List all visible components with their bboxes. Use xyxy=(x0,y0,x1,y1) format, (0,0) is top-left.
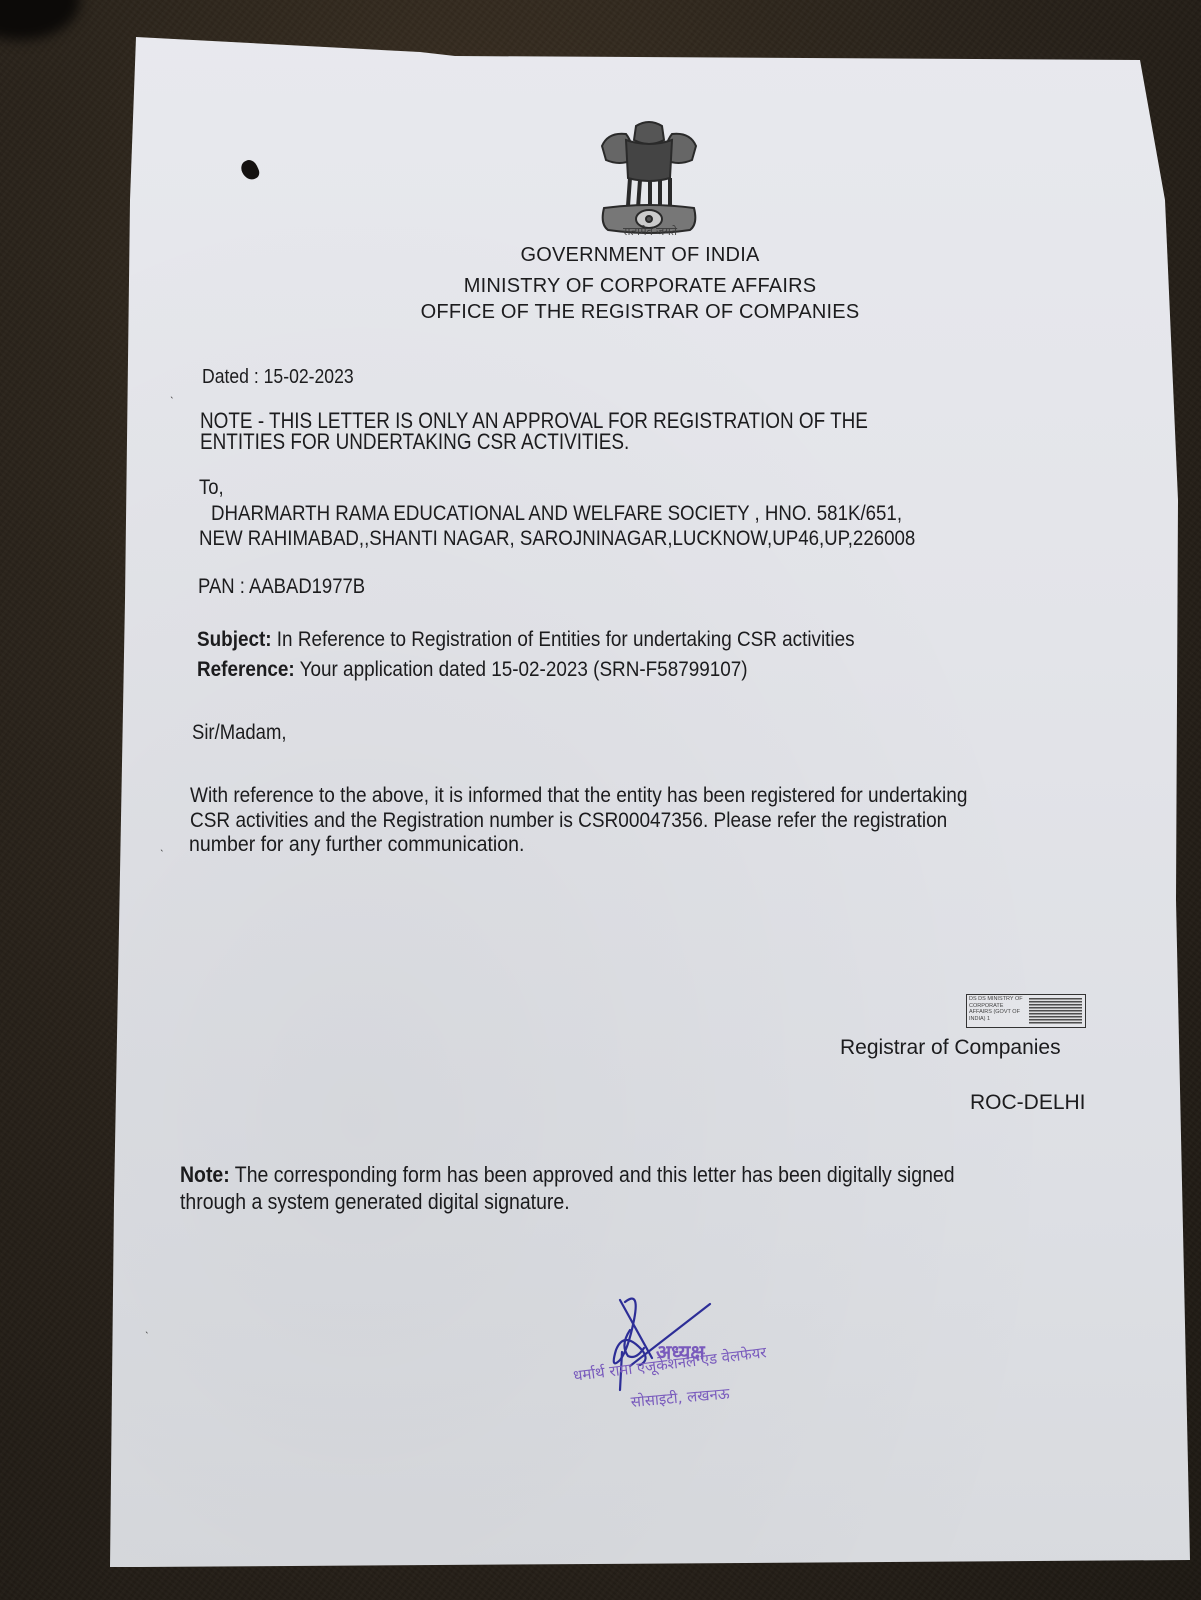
subject-line: Subject: In Reference to Registration of… xyxy=(197,628,855,652)
letterhead-office: OFFICE OF THE REGISTRAR OF COMPANIES xyxy=(0,301,1201,324)
approval-note-line1: NOTE - THIS LETTER IS ONLY AN APPROVAL F… xyxy=(200,408,868,434)
pan-number: PAN : AABAD1977B xyxy=(198,575,365,599)
national-emblem-icon xyxy=(594,118,704,240)
footer-note-label: Note: xyxy=(180,1162,230,1187)
address-line2: NEW RAHIMABAD,,SHANTI NAGAR, SAROJNINAGA… xyxy=(199,527,915,551)
reference-line: Reference: Your application dated 15-02-… xyxy=(197,658,748,682)
digital-signature-box: DS DS MINISTRY OF CORPORATE AFFAIRS (GOV… xyxy=(966,994,1086,1028)
body-line2: CSR activities and the Registration numb… xyxy=(190,808,947,833)
letterhead-government: GOVERNMENT OF INDIA xyxy=(0,244,1201,267)
signatory-designation: Registrar of Companies xyxy=(840,1036,1061,1060)
footer-note-line2: through a system generated digital signa… xyxy=(180,1189,570,1215)
body-line1: With reference to the above, it is infor… xyxy=(190,783,967,808)
footer-note-line1: Note: The corresponding form has been ap… xyxy=(180,1162,955,1188)
body-line3: number for any further communication. xyxy=(189,833,524,857)
punch-hole xyxy=(239,158,262,183)
salutation: Sir/Madam, xyxy=(192,721,286,745)
reference-label: Reference: xyxy=(197,658,295,681)
handwritten-signature-icon xyxy=(600,1290,730,1400)
pen-mark: ˎ xyxy=(160,838,164,852)
approval-note-line2: ENTITIES FOR UNDERTAKING CSR ACTIVITIES. xyxy=(200,429,629,455)
stamp-org-line1: धर्मार्थ रामा एजूकेशनल एंड वेलफेयर xyxy=(572,1342,767,1386)
stamp-org-line2: सोसाइटी, लखनऊ xyxy=(630,1383,730,1412)
address-line1: DHARMARTH RAMA EDUCATIONAL AND WELFARE S… xyxy=(211,502,902,526)
stamp-title: अध्यक्ष xyxy=(656,1338,705,1365)
subject-text: In Reference to Registration of Entities… xyxy=(272,628,855,651)
digital-signature-details xyxy=(1029,998,1082,1024)
emblem-motto: सत्यमेव जयते xyxy=(600,224,700,239)
reference-text: Your application dated 15-02-2023 (SRN-F… xyxy=(295,658,748,681)
signatory-office: ROC-DELHI xyxy=(970,1091,1086,1115)
pen-mark: ˎ xyxy=(145,1320,149,1334)
pen-mark: ˎ xyxy=(170,385,174,399)
subject-label: Subject: xyxy=(197,628,272,651)
letter-page: सत्यमेव जयते GOVERNMENT OF INDIA MINISTR… xyxy=(0,0,1201,1600)
letterhead-ministry: MINISTRY OF CORPORATE AFFAIRS xyxy=(0,275,1201,298)
footer-note-text: The corresponding form has been approved… xyxy=(230,1162,955,1187)
addressee-to: To, xyxy=(199,476,224,500)
digital-signature-text: DS DS MINISTRY OF CORPORATE AFFAIRS (GOV… xyxy=(967,995,1029,1027)
letter-date: Dated : 15-02-2023 xyxy=(202,366,354,389)
